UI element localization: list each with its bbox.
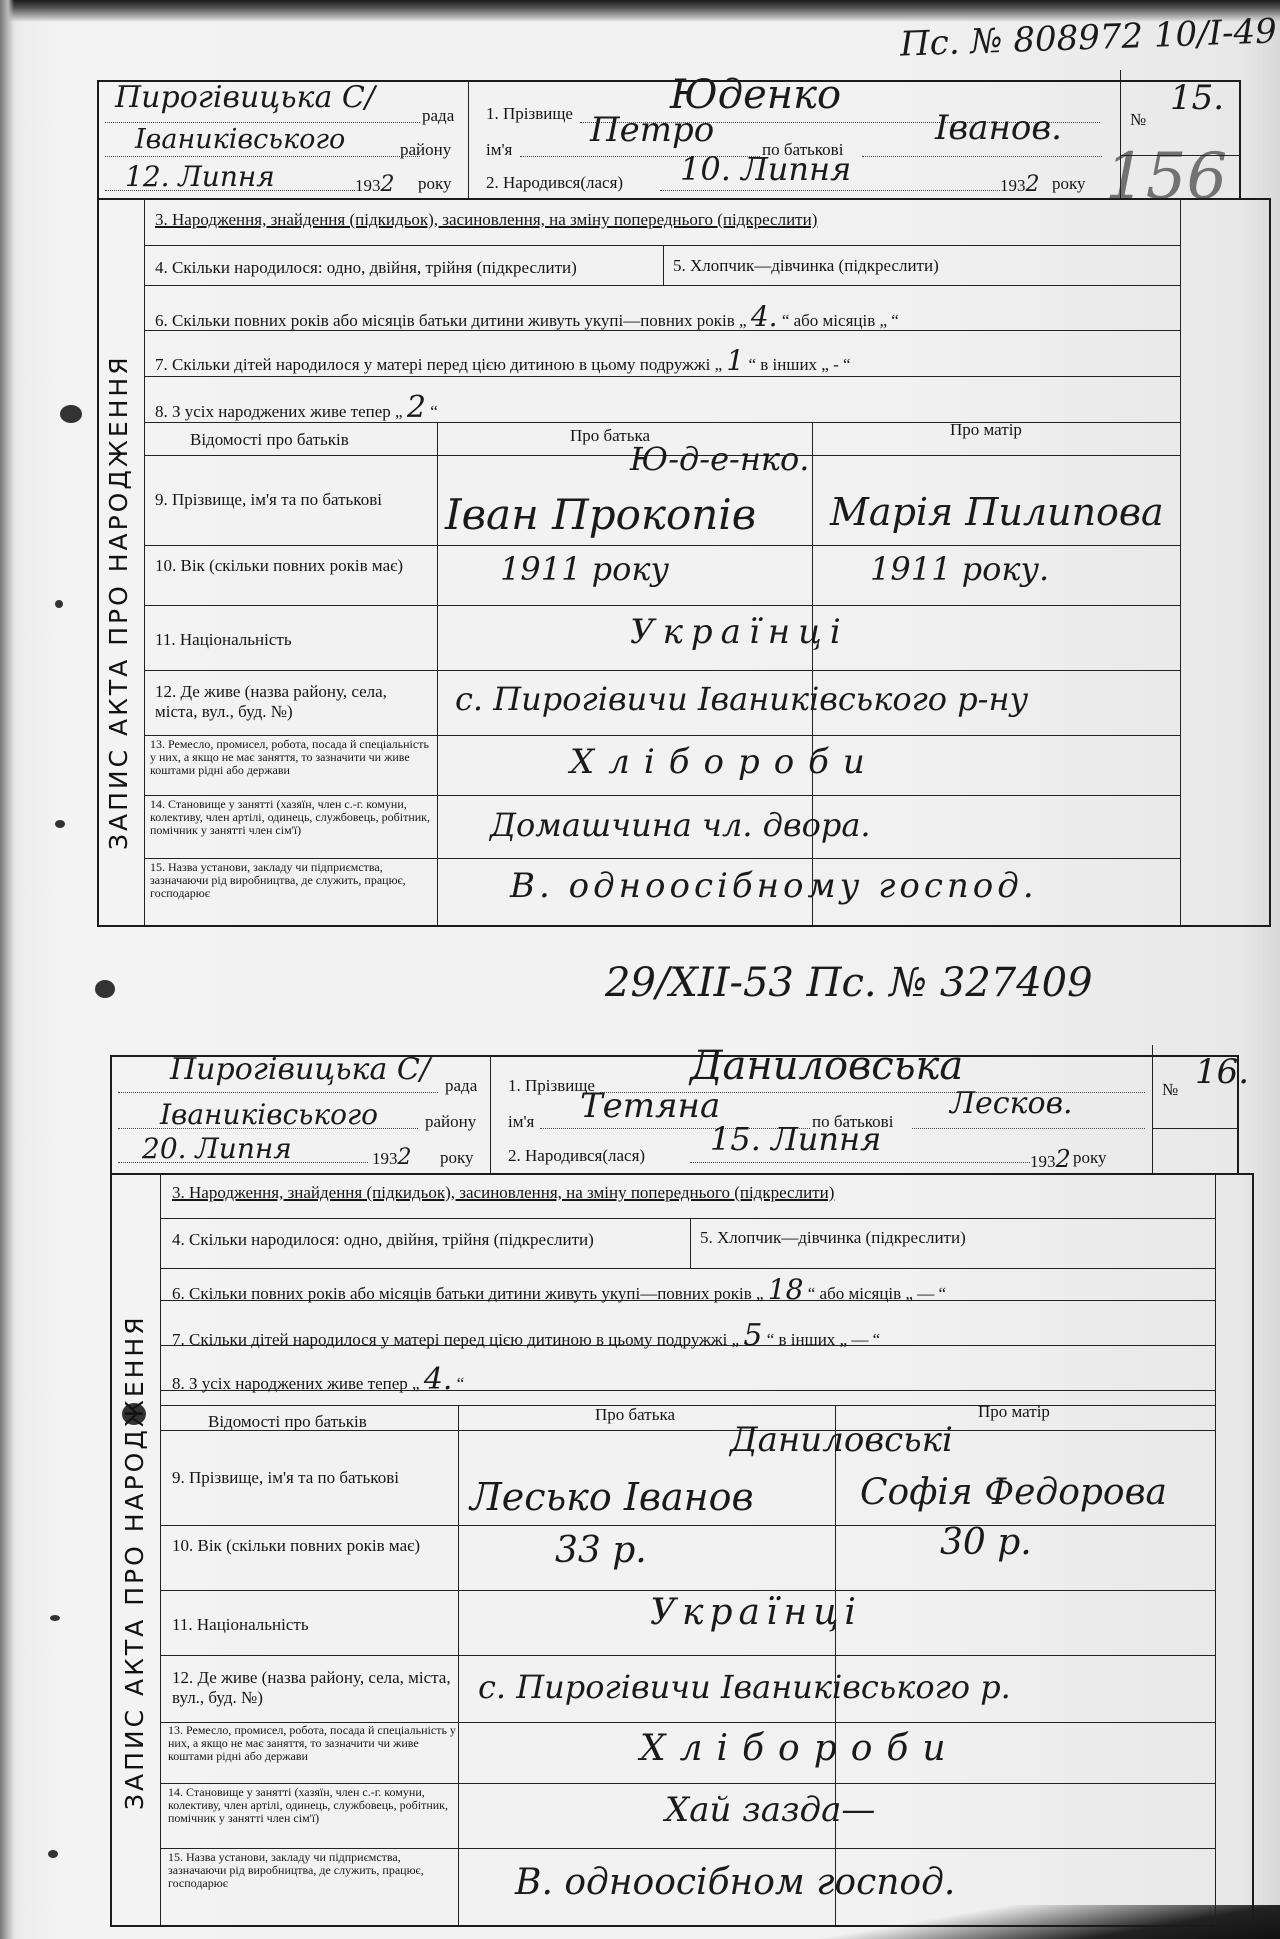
born-label: 2. Народився(лася) [508, 1146, 645, 1166]
nationality: Українці [650, 1592, 862, 1633]
field-3: 3. Народження, знайдення (підкидьок), за… [172, 1183, 834, 1203]
father-header: Про батька [595, 1405, 675, 1425]
roku-label: року [418, 174, 452, 194]
scan-left-edge [0, 0, 14, 1939]
binder-hole-mark [50, 1615, 60, 1621]
nationality: Українці [630, 612, 849, 652]
roku-label: року [440, 1148, 474, 1168]
archive-reference-note-2: 29/XII-53 Пс. № 327409 [605, 960, 1093, 1006]
born-label: 2. Народився(лася) [486, 173, 623, 193]
employment-status: Хай зазда— [665, 1790, 875, 1830]
field-13: 13. Ремесло, промисел, робота, посада й … [168, 1724, 456, 1763]
mother-name: Софія Федорова [860, 1472, 1167, 1513]
field-5: 5. Хлопчик—дівчинка (підкреслити) [700, 1228, 966, 1248]
binder-hole-mark [48, 1850, 58, 1858]
raion-value: Іваниківського [160, 1098, 378, 1131]
field-8: 8. З усіх народжених живе тепер „ 2 “ [155, 390, 438, 425]
child-name: Тетяна [580, 1086, 720, 1126]
field-6: 6. Скільки повних років або місяців бать… [155, 300, 899, 333]
field-12: 12. Де живе (назва району, села, міста, … [172, 1668, 452, 1708]
field-15: 15. Назва установи, закладу чи підприємс… [168, 1851, 456, 1890]
child-patronymic: Іванов. [935, 108, 1062, 148]
side-title: ЗАПИС АКТА ПРО НАРОДЖЕННЯ [120, 1314, 149, 1810]
mother-header: Про матір [950, 420, 1022, 440]
field-9: 9. Прізвище, ім'я та по батькові [172, 1468, 399, 1488]
birth-year: 1932 [1000, 172, 1040, 197]
record-number: 15. [1170, 78, 1224, 118]
field-5: 5. Хлопчик—дівчинка (підкреслити) [673, 256, 939, 276]
year-prefix: 1932 [355, 172, 395, 197]
scanned-page: Пс. № 808972 10/I-49 156 29/XII-53 Пс. №… [0, 0, 1280, 1939]
field-11: 11. Національність [172, 1615, 309, 1635]
field-3: 3. Народження, знайдення (підкидьок), за… [155, 210, 817, 230]
mother-name: Марія Пилипова [830, 490, 1164, 534]
side-title: ЗАПИС АКТА ПРО НАРОДЖЕННЯ [104, 354, 133, 850]
record-number: 16. [1195, 1052, 1249, 1092]
residence: с. Пирогівичи Іваниківського р-ну [455, 680, 1028, 718]
occupation: Хлібороби [640, 1728, 960, 1769]
parents-header: Відомості про батьків [190, 430, 349, 450]
field-10: 10. Вік (скільки повних років має) [172, 1536, 452, 1555]
father-name: Іван Прокопів [445, 490, 756, 539]
mother-header: Про матір [978, 1402, 1050, 1422]
field-7: 7. Скільки дітей народилося у матері пер… [172, 1318, 880, 1353]
birth-date: 10. Липня [680, 150, 851, 188]
rada-label: рада [422, 106, 454, 126]
child-surname: Даниловська [690, 1043, 963, 1089]
field-14: 14. Становище у занятті (хазяїн, член с.… [168, 1786, 456, 1825]
name-label: ім'я [508, 1112, 534, 1132]
field-11: 11. Національність [155, 630, 292, 650]
rada-value: Пирогівицька С/ [115, 80, 375, 115]
number-label: № [1162, 1080, 1178, 1100]
raion-label: району [425, 1112, 476, 1132]
birth-date: 15. Липня [710, 1120, 881, 1158]
field-12: 12. Де живе (назва району, села, міста, … [155, 682, 430, 722]
residence: с. Пирогівичи Іваниківського р. [478, 1668, 1011, 1706]
binder-hole-mark [60, 405, 82, 423]
field-9: 9. Прізвище, ім'я та по батькові [155, 490, 382, 510]
binder-hole-mark [95, 980, 115, 998]
field-4: 4. Скільки народилося: одно, двійня, трі… [155, 258, 577, 278]
mother-age: 1911 року. [870, 550, 1049, 588]
field-4: 4. Скільки народилося: одно, двійня, трі… [172, 1230, 594, 1250]
binder-hole-mark [55, 600, 63, 608]
roku-label: року [1073, 1148, 1107, 1168]
rada-label: рада [445, 1076, 477, 1096]
workplace: В. одноосібному господ. [510, 866, 1038, 906]
field-15: 15. Назва установи, закладу чи підприємс… [150, 861, 435, 900]
child-patronymic: Лесков. [950, 1086, 1073, 1121]
parents-header: Відомості про батьків [208, 1412, 367, 1432]
mother-age: 30 р. [940, 1522, 1032, 1563]
binder-hole-mark [55, 820, 65, 828]
field-7: 7. Скільки дітей народилося у матері пер… [155, 344, 851, 377]
raion-value: Іваниківського [135, 124, 345, 155]
parents-surname: Ю-д-е-нко. [630, 440, 809, 478]
field-13: 13. Ремесло, промисел, робота, посада й … [150, 738, 435, 777]
birth-year: 1932 [1030, 1145, 1071, 1173]
father-age: 1911 року [500, 550, 669, 588]
father-name: Лесько Іванов [470, 1475, 754, 1519]
rada-value: Пирогівицька С/ [170, 1052, 430, 1087]
name-label: ім'я [486, 140, 512, 160]
field-6: 6. Скільки повних років або місяців бать… [172, 1273, 946, 1306]
employment-status: Домашчина чл. двора. [490, 806, 871, 844]
raion-label: району [400, 140, 451, 160]
occupation: Хлібороби [570, 742, 879, 782]
workplace: В. одноосібном господ. [515, 1862, 955, 1903]
number-label: № [1130, 110, 1146, 130]
child-name: Петро [590, 110, 714, 150]
field-10: 10. Вік (скільки повних років має) [155, 556, 430, 575]
surname-label: 1. Прізвище [486, 104, 573, 124]
field-8: 8. З усіх народжених живе тепер „ 4. “ [172, 1362, 464, 1397]
field-14: 14. Становище у занятті (хазяїн, член с.… [150, 798, 435, 837]
parents-surname: Даниловські [730, 1420, 953, 1460]
registration-date: 12. Липня [125, 160, 275, 193]
father-age: 33 р. [555, 1530, 647, 1571]
year-prefix: 1932 [372, 1145, 412, 1170]
registration-date: 20. Липня [142, 1132, 292, 1165]
roku-label: року [1052, 174, 1086, 194]
